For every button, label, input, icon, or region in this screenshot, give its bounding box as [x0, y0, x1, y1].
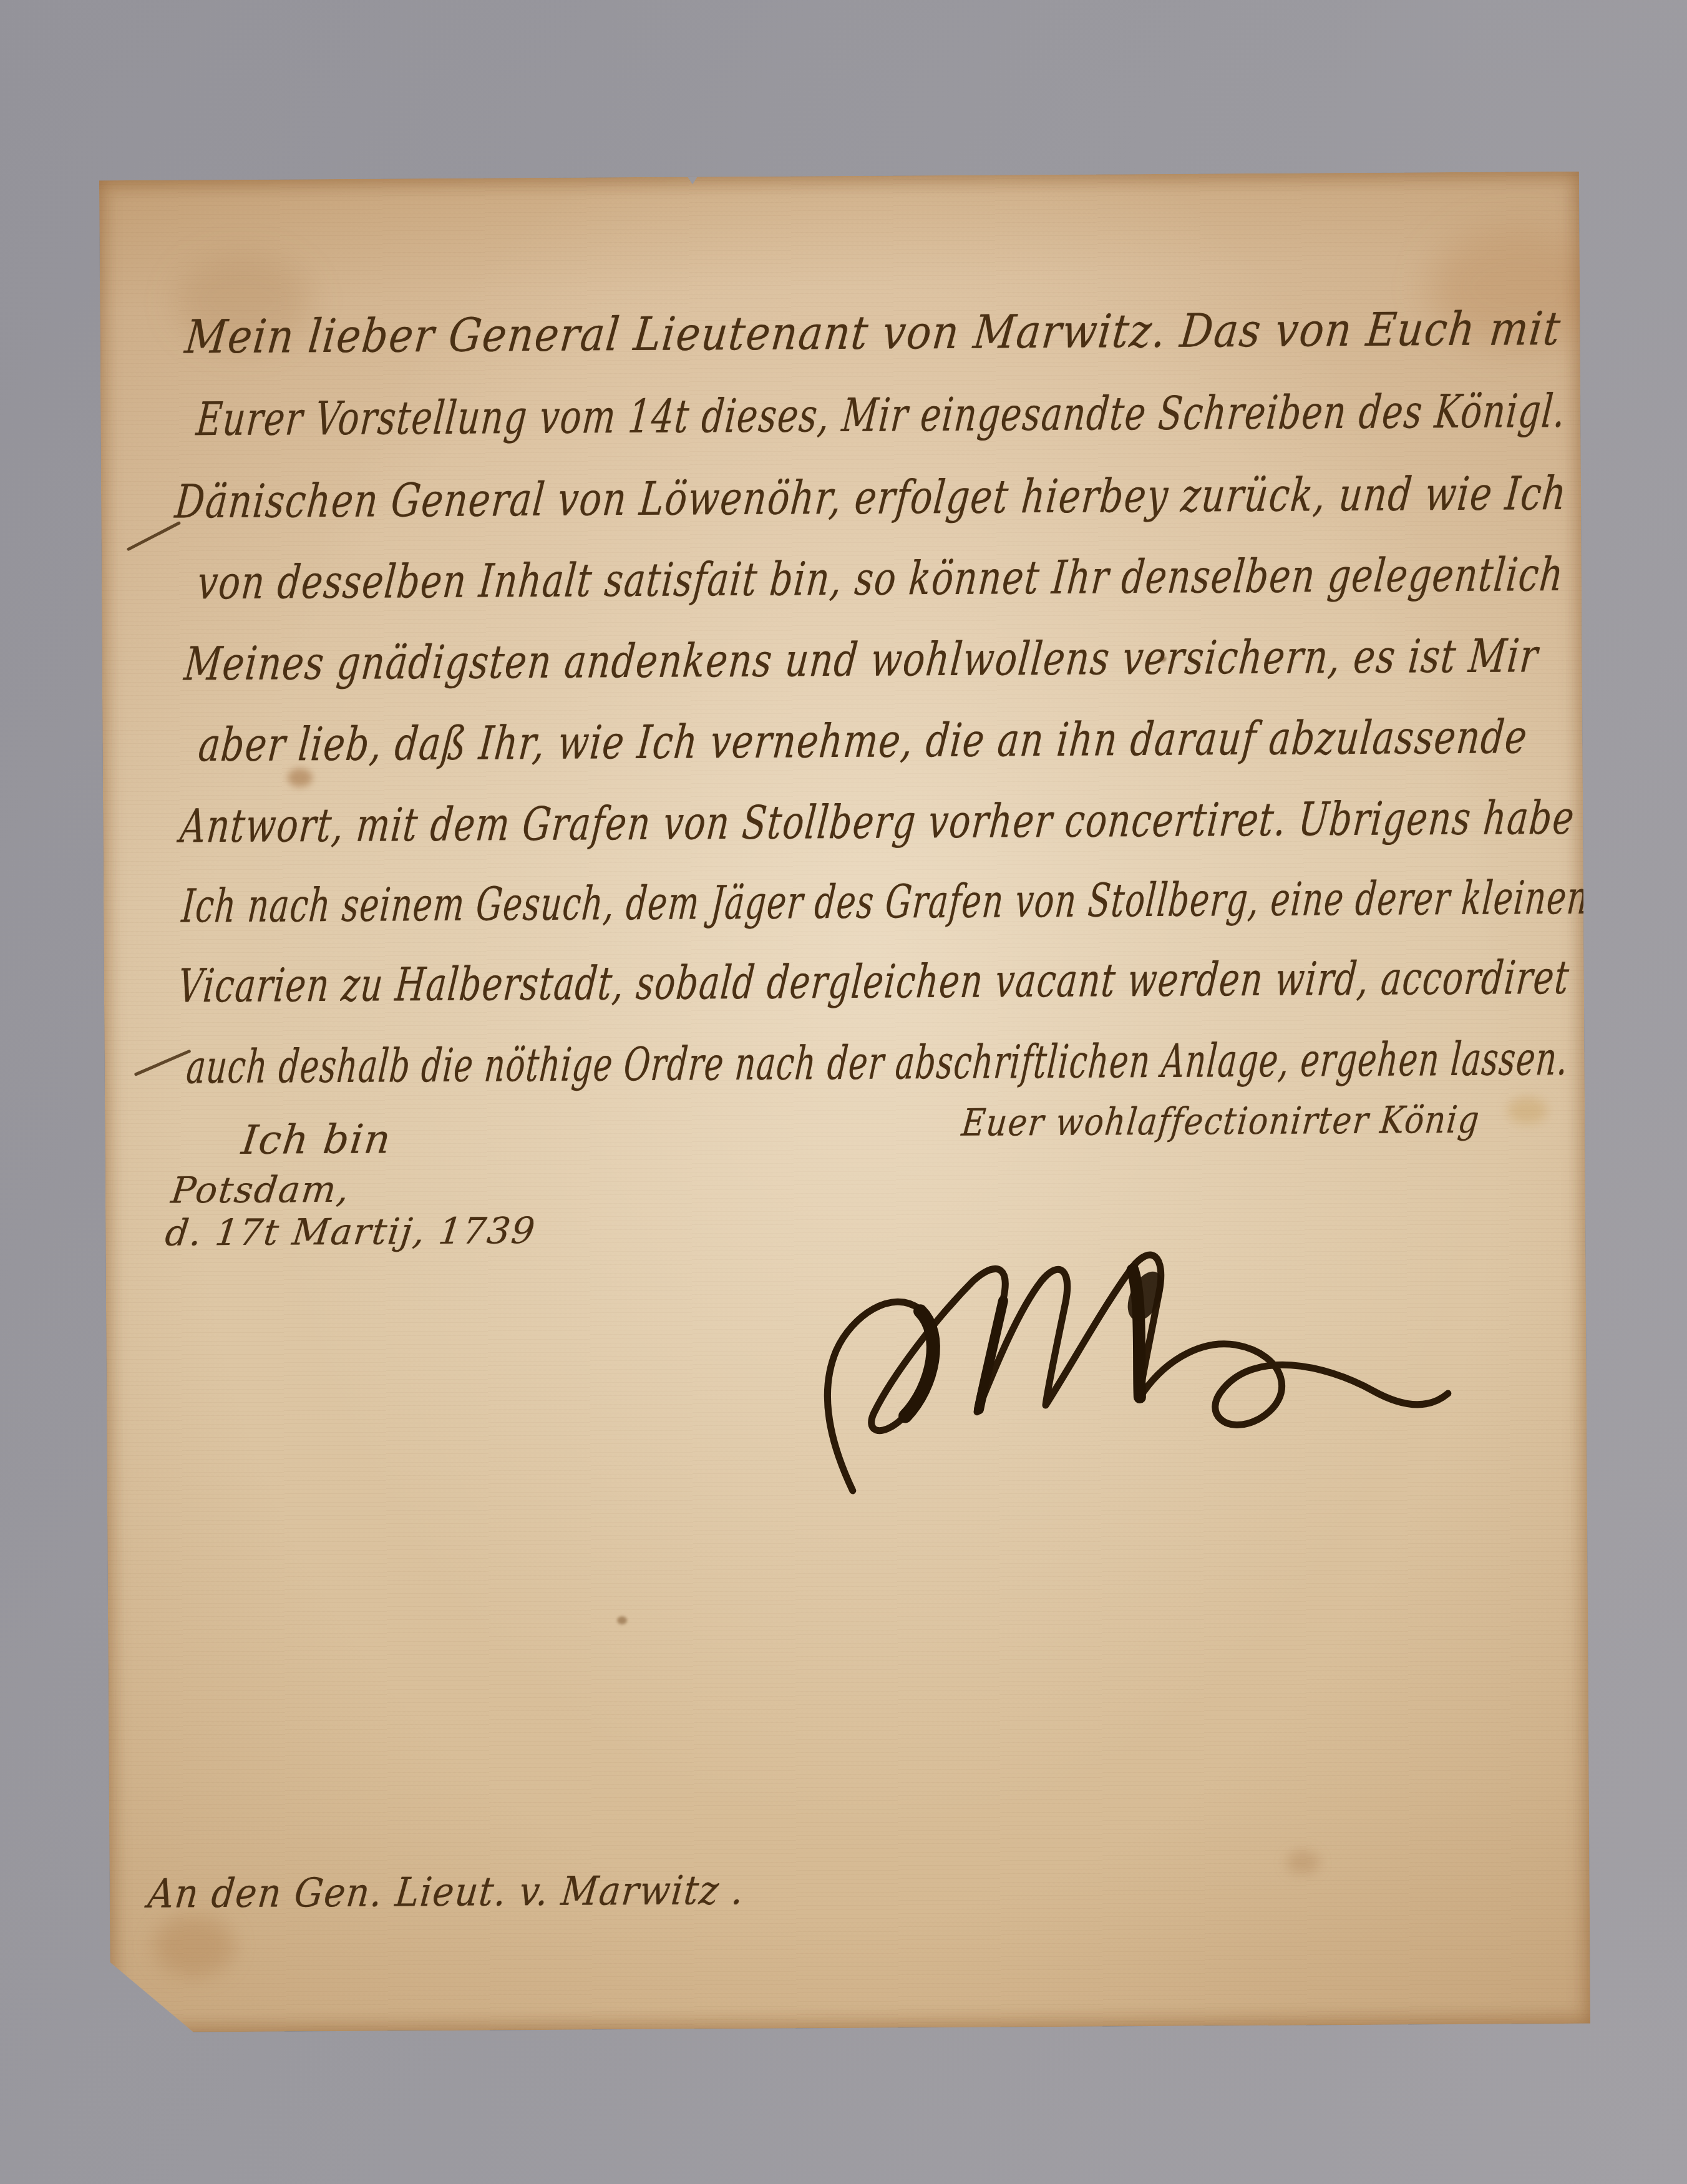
letter-line-10: auch deshalb die nöthige Ordre nach der …: [185, 1034, 1570, 1093]
letter-line-7: Antwort, mit dem Grafen von Stollberg vo…: [178, 793, 1577, 852]
stain: [153, 1914, 235, 1977]
stain: [1507, 1096, 1547, 1124]
closing-text: Euer wohlaffectionirter König: [960, 1099, 1482, 1144]
paper-edge-nick: [687, 175, 698, 184]
date-text: d. 17t Martij, 1739: [163, 1211, 538, 1253]
letter-line-1: Mein lieber General Lieutenant von Marwi…: [183, 304, 1563, 363]
royal-signature: [792, 1203, 1480, 1501]
letter-line-6: aber lieb, daß Ihr, wie Ich vernehme, di…: [197, 712, 1530, 771]
margin-mark: [134, 1049, 192, 1076]
letter-line-5: Meines gnädigsten andenkens und wohlwoll…: [182, 631, 1540, 690]
stain: [1286, 1850, 1320, 1874]
letter-line-8: Ich nach seinem Gesuch, dem Jäger des Gr…: [180, 873, 1591, 932]
place-text: Potsdam,: [169, 1170, 352, 1211]
address-text: An den Gen. Lieut. v. Marwitz .: [146, 1869, 747, 1916]
letter-line-2: Eurer Vorstellung vom 14t dieses, Mir ei…: [195, 386, 1568, 446]
letter-line-4: von desselben Inhalt satisfait bin, so k…: [195, 550, 1566, 609]
pre-closing-text: Ich bin: [240, 1118, 394, 1163]
letter-line-9: Vicarien zu Halberstadt, sobald dergleic…: [176, 953, 1572, 1012]
stain: [617, 1616, 627, 1624]
letter-line-3: Dänischen General von Löwenöhr, erfolget…: [173, 469, 1569, 528]
letter-paper: Mein lieber General Lieutenant von Marwi…: [99, 172, 1590, 2032]
